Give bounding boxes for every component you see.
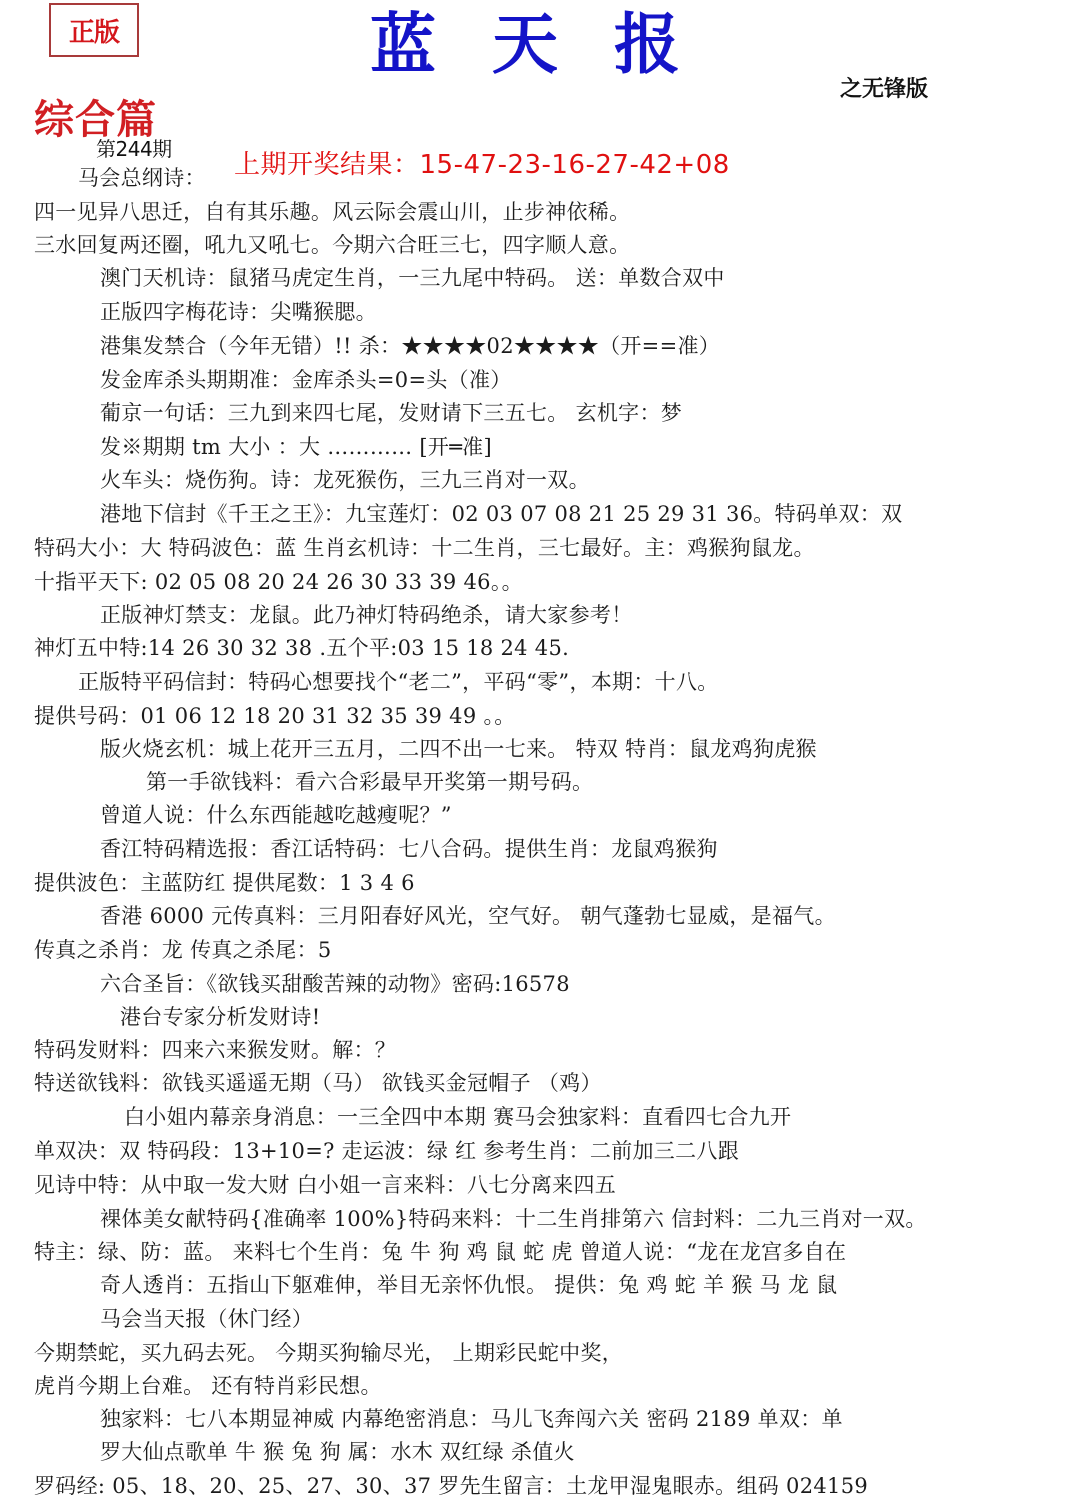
text-line-tiger: 虎肖今期上台难。 还有特肖彩民想。 <box>34 1372 382 1400</box>
text-line-plum-poem: 正版四字梅花诗：尖嘴猴腮。 <box>100 298 377 326</box>
text-line-tm-size: 发※期期 tm 大小 ：大 ………… [开═准] <box>100 433 492 461</box>
text-line-luo-song: 罗大仙点歌单 牛 猴 兔 狗 属：水木 双红绿 杀值火 <box>100 1438 575 1466</box>
text-line-taoist-says: 曾道人说：什么东西能越吃越瘦呢？” <box>100 801 452 829</box>
text-line-poem-hit: 见诗中特：从中取一发大财 白小姐一言来料：八七分离来四五 <box>34 1171 616 1199</box>
text-line-special-main: 特主：绿、防：蓝。 来料七个生肖：兔 牛 狗 鸡 鼠 蛇 虎 曾道人说：“龙在龙… <box>34 1238 846 1266</box>
text-line-luo-code: 罗码经: 05、18、20、25、27、30、37 罗先生留言：土龙甲湿鬼眼赤。… <box>34 1472 868 1500</box>
text-line-port-combo: 港集发禁合（今年无错）!! 杀：★★★★02★★★★（开==准） <box>100 332 720 360</box>
authentic-stamp: 正版 <box>49 3 139 57</box>
text-line-wave-color: 提供波色：主蓝防红 提供尾数：1 3 4 6 <box>34 869 415 897</box>
text-line-hk-fax: 香港 6000 元传真料：三月阳春好风光，空气好。 朝气蓬勃七显威，是福气。 <box>100 902 836 930</box>
text-line-fortune-material: 特码发财料：四来六来猴发财。解：？ <box>34 1036 396 1064</box>
text-line-special-send: 特送欲钱料：欲钱买遥遥无期（马） 欲钱买金冠帽子 （鸡） <box>34 1069 602 1097</box>
text-line-lamp-forbid: 正版神灯禁支：龙鼠。此乃神灯特码绝杀，请大家参考！ <box>100 601 633 629</box>
text-line-portugal-saying: 葡京一句话：三九到来四七尾，发财请下三五七。 玄机字：梦 <box>100 399 682 427</box>
text-line-poem-title: 马会总纲诗： <box>78 164 206 192</box>
masthead-char: 天 <box>492 4 558 84</box>
last-result-numbers: 15-47-23-16-27-42+08 <box>420 150 730 180</box>
text-line-exclusive: 独家料：七八本期显神威 内幕绝密消息：马儿飞奔闯六关 密码 2189 单双：单 <box>100 1405 843 1433</box>
text-line-accuracy: 裸体美女献特码{准确率 100%}特码来料：十二生肖排第六 信封料：二九三肖对一… <box>100 1205 927 1233</box>
masthead-title: 蓝 天 报 <box>370 4 680 84</box>
text-line-xiangjiang: 香江特码精选报：香江话特码：七八合码。提供生肖：龙鼠鸡猴狗 <box>100 835 718 863</box>
text-line-miss-bai: 白小姐内幕亲身消息：一三全四中本期 赛马会独家料：直看四七合九开 <box>124 1103 791 1131</box>
text-line-fire-mystery: 版火烧玄机：城上花开三五月，二四不出一七来。 特双 特肖：鼠龙鸡狗虎猴 <box>100 735 817 763</box>
text-line-ban-snake: 今期禁蛇，买九码去死。 今期买狗输尽光， 上期彩民蛇中奖， <box>34 1339 623 1367</box>
last-result: 上期开奖结果：15-47-23-16-27-42+08 <box>234 144 730 181</box>
text-line-lamp-five: 神灯五中特:14 26 30 32 38 .五个平:03 15 18 24 45… <box>34 634 569 662</box>
text-line-expert-poem: 港台专家分析发财诗! <box>120 1003 320 1031</box>
text-line-first-hand: 第一手欲钱料：看六合彩最早开奖第一期号码。 <box>146 768 593 796</box>
text-line-underground-letter: 港地下信封《千王之王》：九宝莲灯：02 03 07 08 21 25 29 31… <box>100 500 902 528</box>
text-line-train-head: 火车头：烧伤狗。诗：龙死猴伤，三九三肖对一双。 <box>100 466 590 494</box>
text-line-odd-even: 单双决：双 特码段：13+10=? 走运波：绿 红 参考生肖：二前加三二八跟 <box>34 1137 739 1165</box>
text-line-ten-fingers: 十指平天下: 02 05 08 20 24 26 30 33 39 46。。 <box>34 568 523 596</box>
text-line-fax-kill: 传真之杀肖：龙 传真之杀尾：5 <box>34 936 332 964</box>
issue-number: 第244期 <box>96 133 172 162</box>
text-line-special-size: 特码大小：大 特码波色：蓝 生肖玄机诗：十二生肖，三七最好。主：鸡猴狗鼠龙。 <box>34 534 815 562</box>
text-line-horse-club: 马会当天报（休门经） <box>100 1305 313 1333</box>
masthead-char: 蓝 <box>370 4 436 84</box>
text-line-macau-poem: 澳门天机诗：鼠猪马虎定生肖，一三九尾中特码。 送：单数合双中 <box>100 264 725 292</box>
text-line-poem-2: 三水回复两还圈，吼九又吼七。今期六合旺三七，四字顺人意。 <box>34 231 630 259</box>
edition-label: 之无锋版 <box>840 72 928 103</box>
text-line-holy-decree: 六合圣旨：《欲钱买甜酸苦辣的动物》密码:16578 <box>100 970 570 998</box>
text-line-provided-numbers: 提供号码：01 06 12 18 20 31 32 35 39 49 。。 <box>34 702 516 730</box>
text-line-gold-vault: 发金库杀头期期准：金库杀头=0=头（准） <box>100 366 512 394</box>
last-result-label: 上期开奖结果： <box>234 150 420 180</box>
text-line-poem-1: 四一见异八思迁，自有其乐趣。风云际会震山川，止步神依稀。 <box>34 198 630 226</box>
masthead-char: 报 <box>614 4 680 84</box>
text-line-oddman: 奇人透肖：五指山下躯难伸，举目无亲怀仇恨。 提供：兔 鸡 蛇 羊 猴 马 龙 鼠 <box>100 1271 837 1299</box>
text-line-flat-letter: 正版特平码信封：特码心想要找个“老二”，平码“零”，本期：十八。 <box>78 668 719 696</box>
